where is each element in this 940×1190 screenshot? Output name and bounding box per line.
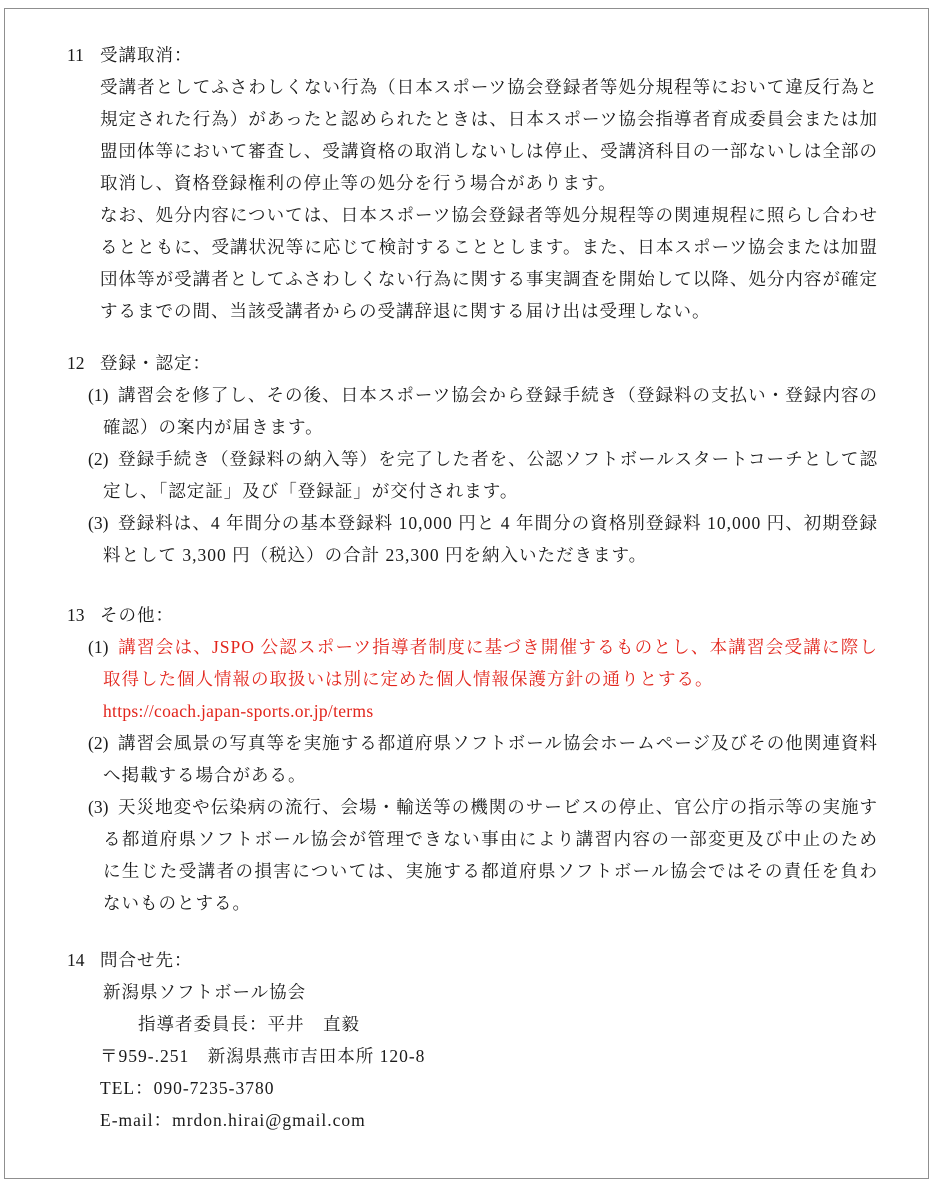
- section-heading: 13 その他：: [100, 599, 878, 631]
- item-marker: (1): [88, 379, 118, 411]
- document-page: 11 受講取消： 受講者としてふさわしくない行為（日本スポーツ協会登録者等処分規…: [100, 39, 878, 1136]
- item-marker: (1): [88, 631, 118, 663]
- section-others: 13 その他： (1)講習会は、JSPO 公認スポーツ指導者制度に基づき開催する…: [100, 599, 878, 919]
- section-title: 受講取消：: [100, 45, 193, 65]
- list-item: (2)登録手続き（登録料の納入等）を完了した者を、公認ソフトボールスタートコーチ…: [100, 443, 878, 507]
- item-text-privacy-notice: 講習会は、JSPO 公認スポーツ指導者制度に基づき開催するものとし、本講習会受講…: [103, 637, 878, 689]
- section-title: 登録・認定：: [100, 353, 211, 373]
- paragraph: 受講者としてふさわしくない行為（日本スポーツ協会登録者等処分規程等において違反行…: [100, 71, 878, 199]
- section-registration: 12 登録・認定： (1)講習会を修了し、その後、日本スポーツ協会から登録手続き…: [100, 347, 878, 571]
- contact-tel: TEL：090-7235-3780: [100, 1072, 878, 1104]
- terms-link-line: https://coach.japan-sports.or.jp/terms: [100, 695, 878, 727]
- list-item: (3)登録料は、4 年間分の基本登録料 10,000 円と 4 年間分の資格別登…: [100, 507, 878, 571]
- contact-chairperson: 指導者委員長：平井 直毅: [100, 1008, 878, 1040]
- item-text: 登録手続き（登録料の納入等）を完了した者を、公認ソフトボールスタートコーチとして…: [103, 449, 878, 501]
- section-contact: 14 問合せ先： 新潟県ソフトボール協会 指導者委員長：平井 直毅 〒959-.…: [100, 944, 878, 1136]
- section-title: その他：: [100, 605, 174, 625]
- section-heading: 12 登録・認定：: [100, 347, 878, 379]
- section-title: 問合せ先：: [100, 950, 193, 970]
- item-text: 講習会風景の写真等を実施する都道府県ソフトボール協会ホームページ及びその他関連資…: [103, 733, 878, 785]
- list-item: (1)講習会は、JSPO 公認スポーツ指導者制度に基づき開催するものとし、本講習…: [100, 631, 878, 695]
- item-marker: (3): [88, 507, 118, 539]
- item-text: 登録料は、4 年間分の基本登録料 10,000 円と 4 年間分の資格別登録料 …: [103, 513, 878, 565]
- item-marker: (3): [88, 791, 118, 823]
- contact-email: E-mail：mrdon.hirai@gmail.com: [100, 1104, 878, 1136]
- item-text: 講習会を修了し、その後、日本スポーツ協会から登録手続き（登録料の支払い・登録内容…: [103, 385, 878, 437]
- paragraph: なお、処分内容については、日本スポーツ協会登録者等処分規程等の関連規程に照らし合…: [100, 199, 878, 327]
- list-item: (2)講習会風景の写真等を実施する都道府県ソフトボール協会ホームページ及びその他…: [100, 727, 878, 791]
- contact-organization: 新潟県ソフトボール協会: [100, 976, 878, 1008]
- list-item: (3)天災地変や伝染病の流行、会場・輸送等の機関のサービスの停止、官公庁の指示等…: [100, 791, 878, 919]
- section-cancellation: 11 受講取消： 受講者としてふさわしくない行為（日本スポーツ協会登録者等処分規…: [100, 39, 878, 327]
- contact-address: 〒959-.251 新潟県燕市吉田本所 120-8: [100, 1040, 878, 1072]
- section-heading: 14 問合せ先：: [100, 944, 878, 976]
- section-number: 14: [67, 944, 85, 976]
- section-heading: 11 受講取消：: [100, 39, 878, 71]
- item-marker: (2): [88, 443, 118, 475]
- section-number: 12: [67, 347, 85, 379]
- list-item: (1)講習会を修了し、その後、日本スポーツ協会から登録手続き（登録料の支払い・登…: [100, 379, 878, 443]
- section-number: 13: [67, 599, 85, 631]
- terms-link[interactable]: https://coach.japan-sports.or.jp/terms: [103, 701, 373, 721]
- item-marker: (2): [88, 727, 118, 759]
- section-number: 11: [67, 39, 84, 71]
- item-text: 天災地変や伝染病の流行、会場・輸送等の機関のサービスの停止、官公庁の指示等の実施…: [103, 797, 878, 913]
